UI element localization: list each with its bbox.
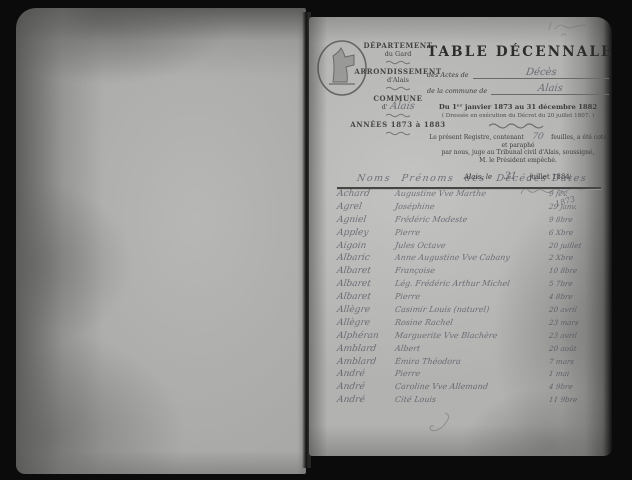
surname-cell: André [336, 382, 395, 392]
date-cell: 10 8bre [548, 266, 601, 275]
given-names-cell: Françoise [394, 266, 549, 275]
date-cell: 2 Xbre [548, 253, 601, 262]
surname-cell: Appley [336, 228, 395, 238]
actes-field: des Actes de Décès [427, 67, 609, 79]
period-line: Du 1ᵉʳ janvier 1873 au 31 décembre 1882 [427, 103, 609, 111]
given-names-cell: Caroline Vve Allemand [394, 382, 549, 391]
ornament-flourish-icon [489, 122, 547, 129]
date-cell: 23 avril [548, 331, 601, 340]
given-names-cell: Pierre [394, 369, 549, 378]
given-names-cell: Rosine Rachel [394, 318, 549, 327]
table-row: AmblardAlbert20 août [337, 344, 601, 357]
right-page: DÉPARTEMENT du Gard ARRONDISSEMENT d'Ala… [309, 17, 612, 456]
book-scan: DÉPARTEMENT du Gard ARRONDISSEMENT d'Ala… [0, 0, 632, 480]
given-names-cell: Casimir Louis (naturel) [394, 305, 549, 314]
surname-cell: Amblard [336, 357, 395, 367]
register-p1a: Le présent Registre, contenant [429, 134, 524, 141]
date-cell: 4 9bre [548, 382, 601, 391]
given-names-cell: Pierre [394, 292, 549, 301]
table-row: AlbaretLég. Frédéric Arthur Michel5 7bre [337, 279, 601, 292]
date-cell: 4 8bre [548, 292, 601, 301]
divider-flourish-icon [386, 113, 410, 118]
table-row: AppleyPierre6 Xbre [337, 228, 601, 241]
given-names-cell: Émira Théodora [394, 357, 549, 366]
commune-fill-line: Alais [491, 83, 609, 95]
given-names-cell: Jules Octave [394, 241, 549, 250]
table-row: AllègreCasimir Louis (naturel)20 avril [337, 305, 601, 318]
surname-cell: Alphéran [336, 331, 395, 341]
table-row: AllègreRosine Rachel23 mars [337, 318, 601, 331]
date-cell: 7 mars [548, 357, 601, 366]
surname-cell: Aigoin [336, 241, 395, 251]
table-row: AlphéranMarguerite Vve Blachère23 avril [337, 331, 601, 344]
given-names-cell: Albert [394, 344, 549, 353]
date-cell: 1 mai [548, 369, 601, 378]
actes-label: des Actes de [427, 71, 469, 79]
date-cell: 11 9bre [548, 395, 601, 404]
register-paragraph: Le présent Registre, contenant 70 feuill… [427, 134, 609, 164]
table-row: AlbaretFrançoise10 8bre [337, 266, 601, 279]
surname-cell: Achard [336, 189, 395, 199]
divider-flourish-icon [386, 86, 410, 91]
given-names-cell: Cité Louis [394, 395, 549, 404]
feuilles-handwritten-value: 70 [525, 134, 550, 142]
surname-cell: Albaret [336, 292, 395, 302]
actes-handwritten-value: Décès [525, 67, 557, 78]
given-names-cell: Pierre [394, 228, 549, 237]
table-header-row: Noms Prénoms des Décédés Dates [337, 173, 601, 184]
surname-cell: Agniel [336, 215, 395, 225]
table-row: AgnielFrédéric Modeste9 8bre [337, 215, 601, 228]
surname-cell: André [336, 395, 395, 405]
date-cell: 9 fév. [548, 189, 601, 198]
commune-prefix: d' [382, 103, 388, 111]
surname-cell: Albaret [336, 279, 395, 289]
date-cell: 6 Xbre [548, 228, 601, 237]
date-cell: 5 7bre [548, 279, 601, 288]
date-cell: 20 août [548, 344, 601, 353]
commune-field: de la commune de Alais [427, 83, 609, 95]
table-row: AlbaricAnne Augustine Vve Cabany2 Xbre [337, 253, 601, 266]
surname-cell: Albaret [336, 266, 395, 276]
commune-handwritten-value: Alais [389, 103, 415, 111]
given-names-cell: Lég. Frédéric Arthur Michel [394, 279, 549, 288]
actes-fill-line: Décès [473, 67, 609, 79]
deaths-index-table: Noms Prénoms des Décédés Dates AchardAug… [337, 173, 601, 408]
given-names-cell: Joséphine [394, 202, 549, 211]
surname-cell: Allègre [336, 305, 395, 315]
table-header-dates: Dates [551, 173, 588, 184]
table-row: AmblardÉmira Théodora7 mars [337, 357, 601, 370]
table-header-names: Noms Prénoms des Décédés [356, 173, 552, 184]
surname-cell: Allègre [336, 318, 395, 328]
date-cell: 9 8bre [548, 215, 601, 224]
register-line-2: par nous, juge au Tribunal civil d'Alais… [427, 149, 609, 157]
commune-field-handwritten-value: Alais [537, 83, 563, 94]
commune-field-label: de la commune de [427, 87, 487, 95]
surname-cell: André [336, 369, 395, 379]
given-names-cell: Marguerite Vve Blachère [394, 331, 549, 340]
date-cell: 20 avril [548, 305, 601, 314]
table-row: AndréCaroline Vve Allemand4 9bre [337, 382, 601, 395]
date-cell: 23 mars [548, 318, 601, 327]
surname-cell: Albaric [336, 253, 395, 263]
date-cell: 20 juillet [548, 241, 601, 250]
given-names-cell: Augustine Vve Marthe [394, 189, 549, 198]
surname-cell: Agrel [336, 202, 395, 212]
left-page-blank [16, 8, 306, 474]
table-row: AndréCité Louis11 9bre [337, 395, 601, 408]
divider-flourish-icon [386, 131, 410, 136]
table-row: AigoinJules Octave20 juillet [337, 241, 601, 254]
surname-cell: Amblard [336, 344, 395, 354]
given-names-cell: Frédéric Modeste [394, 215, 549, 224]
table-row: AlbaretPierre4 8bre [337, 292, 601, 305]
given-names-cell: Anne Augustine Vve Cabany [394, 253, 549, 262]
page-title: TABLE DÉCENNALE [427, 44, 609, 60]
decree-line: ( Dressée en exécution du Décret du 20 j… [427, 113, 609, 120]
table-row: AndréPierre1 mai [337, 369, 601, 382]
bottom-flourish-icon [427, 411, 457, 437]
register-line-1: Le présent Registre, contenant 70 feuill… [427, 134, 609, 149]
divider-flourish-icon [386, 60, 410, 65]
register-line-3: M. le Président empêché. [427, 157, 609, 165]
